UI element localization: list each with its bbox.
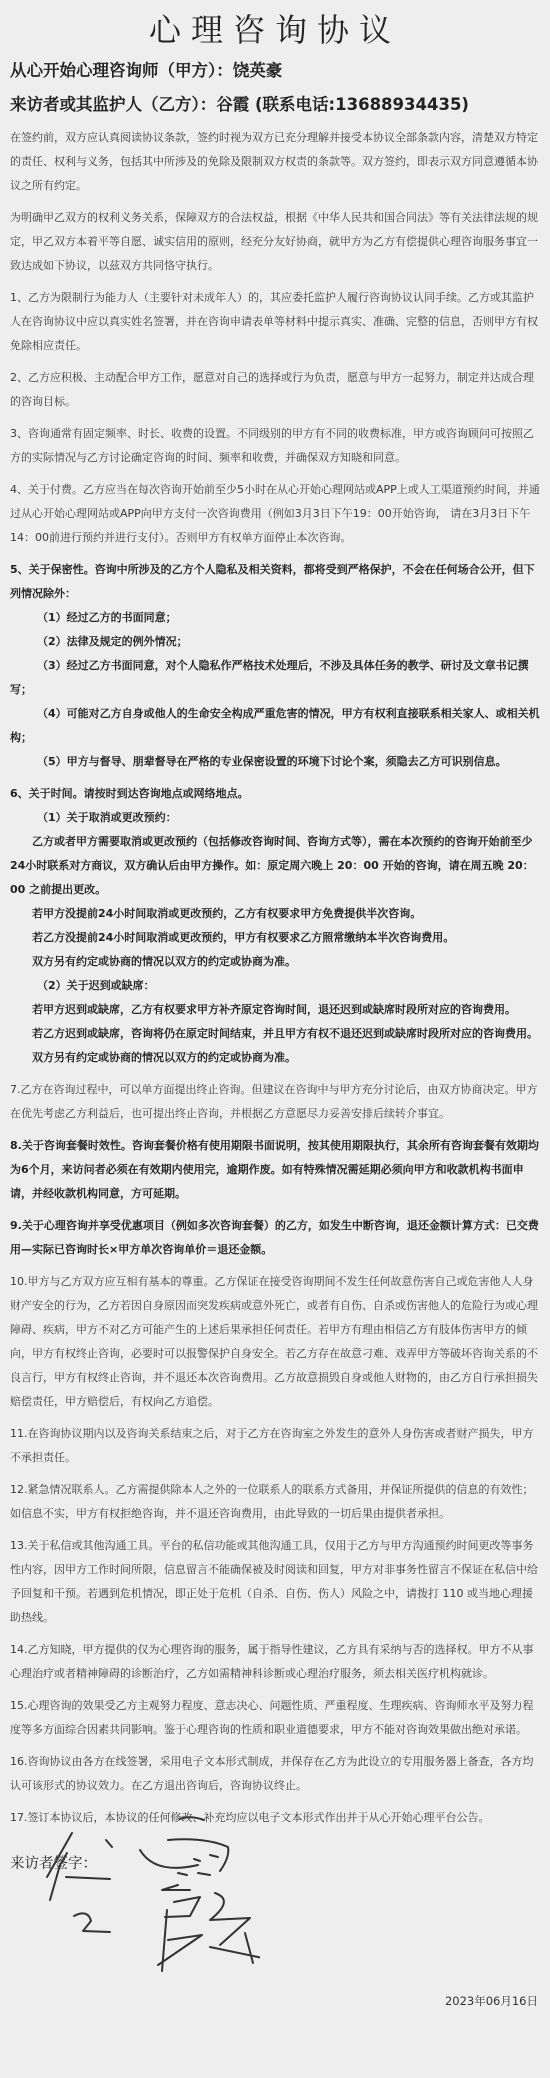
document-title: 心理咨询协议 xyxy=(10,0,540,52)
clause-6-line: 若乙方迟到或缺席，咨询将仍在原定时间结束，并且甲方有权不退还迟到或缺席时段所对应… xyxy=(10,1022,540,1046)
clause-14: 14.乙方知晓，甲方提供的仅为心理咨询的服务，属于指导性建议，乙方具有采纳与否的… xyxy=(10,1638,540,1686)
clause-6: 6、关于时间。请按时到达咨询地点或网络地点。 （1）关于取消或更改预约： 乙方或… xyxy=(10,782,540,1070)
clause-6-line: 若乙方没提前24小时间取消或更改预约，甲方有权要求乙方照常缴纳本半次咨询费用。 xyxy=(10,926,540,950)
clause-6-line: 乙方或者甲方需要取消或更改预约（包括修改咨询时间、咨询方式等），需在本次预约的咨… xyxy=(10,830,540,902)
clause-5-item: （5）甲方与督导、朋辈督导在严格的专业保密设置的环境下讨论个案，须隐去乙方可识别… xyxy=(10,750,540,774)
clause-11: 11.在咨询协议期内以及咨询关系结束之后，对于乙方在咨询室之外发生的意外人身伤害… xyxy=(10,1422,540,1470)
clause-6-heading: 6、关于时间。请按时到达咨询地点或网络地点。 xyxy=(10,782,540,806)
clause-10: 10.甲方与乙方双方应互相有基本的尊重。乙方保证在接受咨询期间不发生任何故意伤害… xyxy=(10,1270,540,1414)
party-b-line: 来访者或其监护人（乙方）：谷霞 (联系电话:13688934435) xyxy=(10,94,540,116)
intro-paragraph: 为明确甲乙双方的权利义务关系，保障双方的合法权益，根据《中华人民共和国合同法》等… xyxy=(10,206,540,278)
agreement-document: 心理咨询协议 从心开始心理咨询师（甲方）：饶英豪 来访者或其监护人（乙方）：谷霞… xyxy=(0,0,550,1874)
clause-1: 1、乙方为限制行为能力人（主要针对未成年人）的，其应委托监护人履行咨询协议认同手… xyxy=(10,286,540,358)
clause-12: 12.紧急情况联系人。乙方需提供除本人之外的一位联系人的联系方式备用，并保证所提… xyxy=(10,1478,540,1526)
party-a-line: 从心开始心理咨询师（甲方）：饶英豪 xyxy=(10,60,540,82)
clause-3: 3、咨询通常有固定频率、时长、收费的设置。不同级别的甲方有不同的收费标准，甲方或… xyxy=(10,422,540,470)
clause-5-item: （2）法律及规定的例外情况； xyxy=(10,630,540,654)
clause-5-item: （4）可能对乙方自身或他人的生命安全构成严重危害的情况，甲方有权利直接联系相关家… xyxy=(10,702,540,750)
clause-6-subtitle: （2）关于迟到或缺席： xyxy=(10,974,540,998)
clause-6-line: 若甲方没提前24小时间取消或更改预约，乙方有权要求甲方免费提供半次咨询。 xyxy=(10,902,540,926)
clause-5: 5、关于保密性。咨询中所涉及的乙方个人隐私及相关资料，都将受到严格保护，不会在任… xyxy=(10,558,540,774)
clause-8: 8.关于咨询套餐时效性。咨询套餐价格有使用期限书面说明，按其使用期限执行，其余所… xyxy=(10,1134,540,1206)
clause-15: 15.心理咨询的效果受乙方主观努力程度、意志决心、问题性质、严重程度、生理疾病、… xyxy=(10,1694,540,1742)
clause-9: 9.关于心理咨询并享受优惠项目（例如多次咨询套餐）的乙方，如发生中断咨询，退还金… xyxy=(10,1214,540,1262)
intro-paragraph: 在签约前，双方应认真阅读协议条款，签约时视为双方已充分理解并接受本协议全部条款内… xyxy=(10,126,540,198)
handwritten-signature xyxy=(40,1805,260,1975)
clause-6-line: 若甲方迟到或缺席，乙方有权要求甲方补齐原定咨询时间，退还迟到或缺席时段所对应的咨… xyxy=(10,998,540,1022)
signing-date: 2023年06月16日 xyxy=(445,1993,538,2009)
clause-13: 13.关于私信或其他沟通工具。平台的私信功能或其他沟通工具，仅用于乙方与甲方沟通… xyxy=(10,1534,540,1630)
clause-6-subtitle: （1）关于取消或更改预约： xyxy=(10,806,540,830)
clause-6-line: 双方另有约定或协商的情况以双方的约定或协商为准。 xyxy=(10,950,540,974)
clause-5-heading: 5、关于保密性。咨询中所涉及的乙方个人隐私及相关资料，都将受到严格保护，不会在任… xyxy=(10,558,540,606)
clause-16: 16.咨询协议由各方在线签署，采用电子文本形式制成，并保存在乙方为此设立的专用服… xyxy=(10,1750,540,1798)
clause-5-item: （1）经过乙方的书面同意； xyxy=(10,606,540,630)
clause-7: 7.乙方在咨询过程中，可以单方面提出终止咨询。但建议在咨询中与甲方充分讨论后，由… xyxy=(10,1078,540,1126)
clause-2: 2、乙方应积极、主动配合甲方工作，愿意对自己的选择或行为负责，愿意与甲方一起努力… xyxy=(10,366,540,414)
clause-6-line: 双方另有约定或协商的情况以双方的约定或协商为准。 xyxy=(10,1046,540,1070)
clause-5-item: （3）经过乙方书面同意，对个人隐私作严格技术处理后，不涉及具体任务的教学、研讨及… xyxy=(10,654,540,702)
clause-4: 4、关于付费。乙方应当在每次咨询开始前至少5小时在从心开始心理网站或APP上或人… xyxy=(10,478,540,550)
